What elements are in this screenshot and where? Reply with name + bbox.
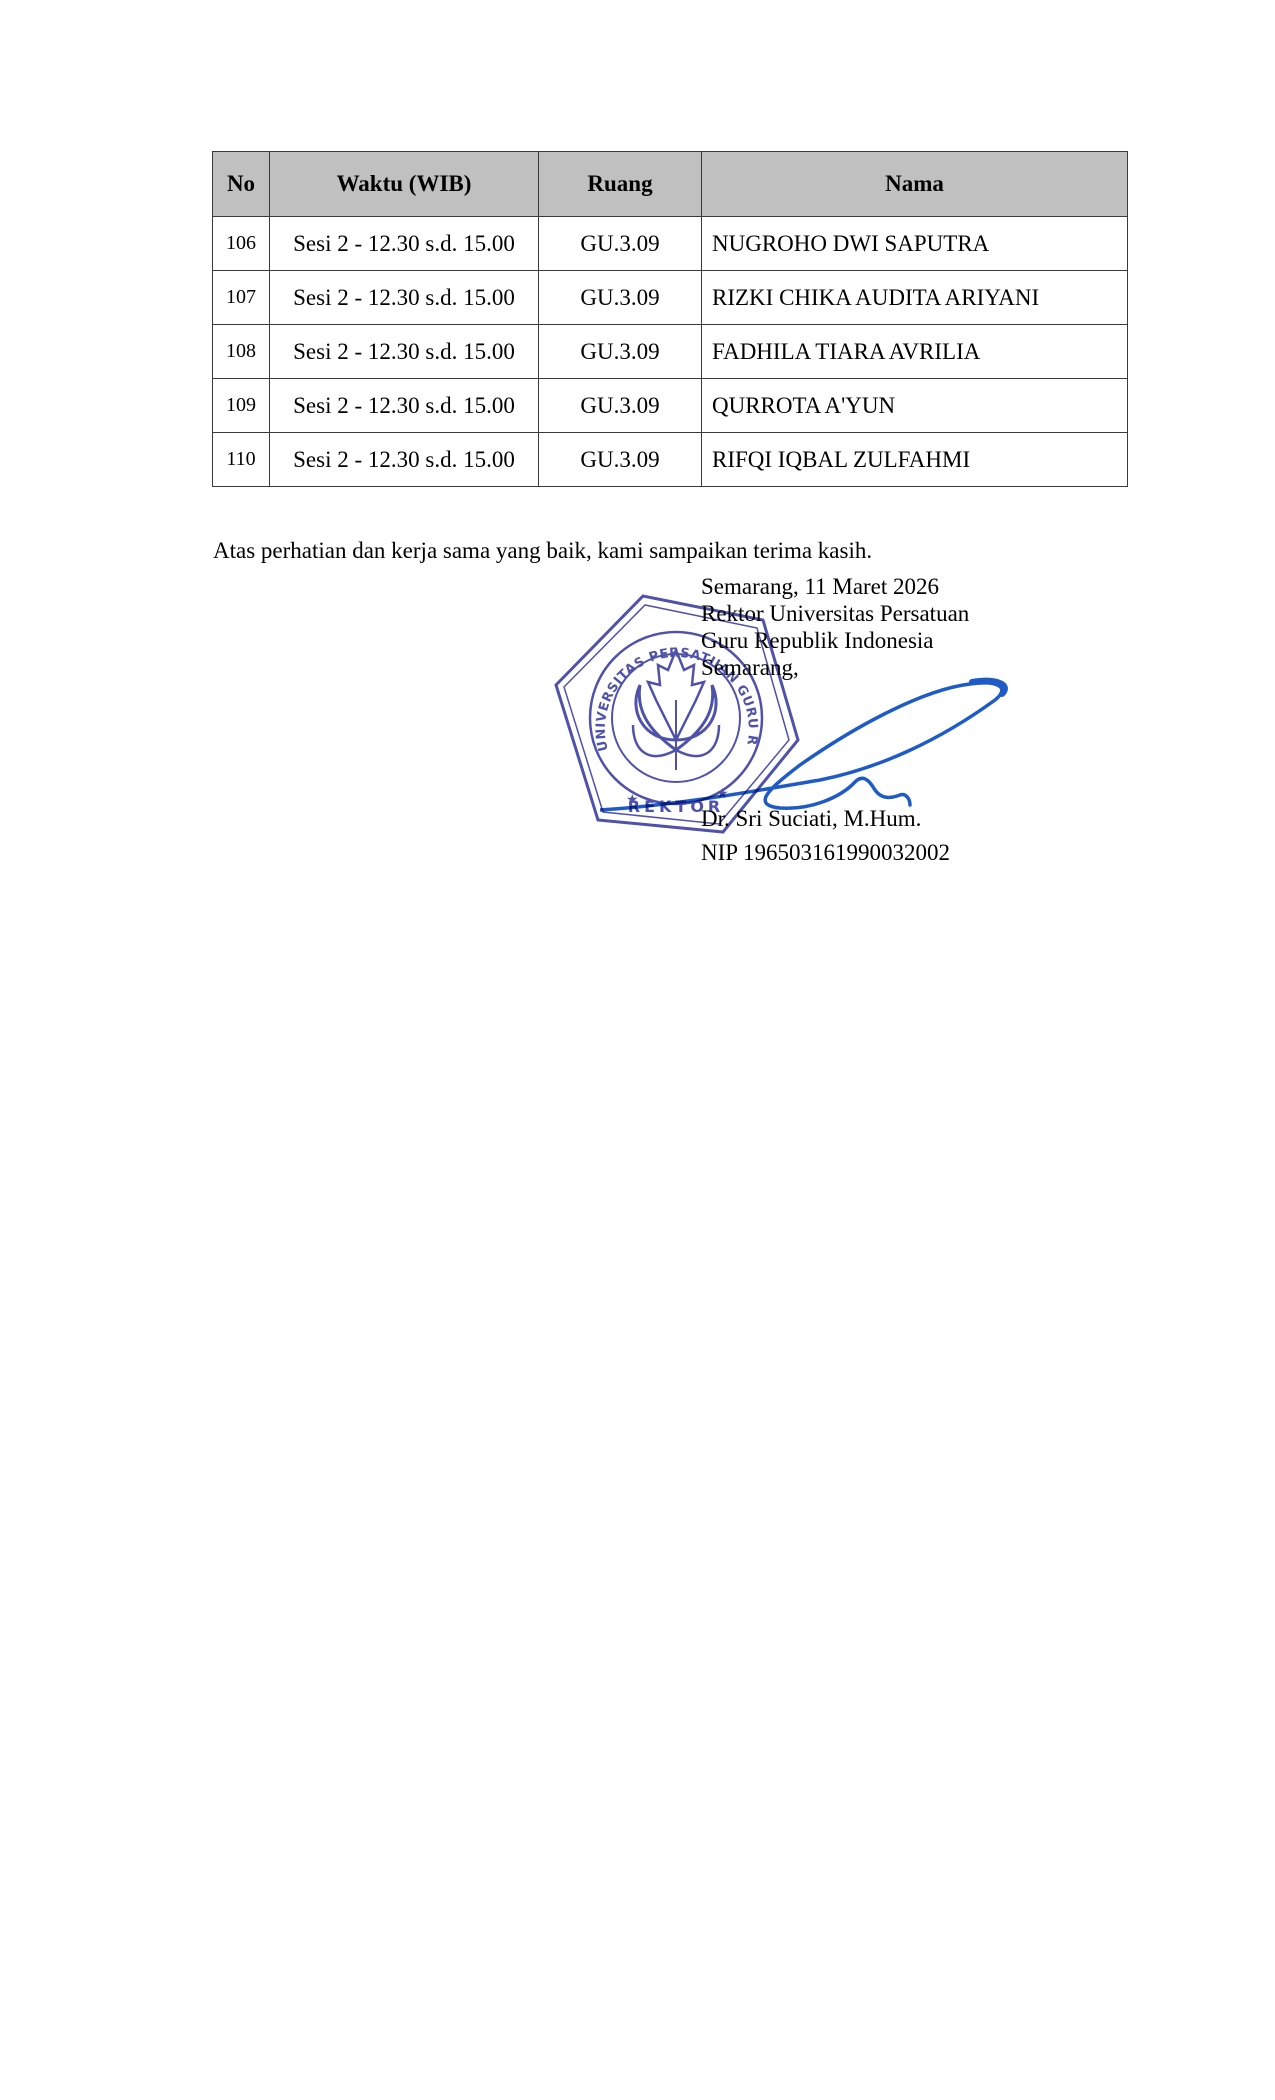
cell-ruang: GU.3.09 <box>539 433 702 487</box>
table-row: 107 Sesi 2 - 12.30 s.d. 15.00 GU.3.09 RI… <box>213 271 1128 325</box>
header-waktu: Waktu (WIB) <box>270 152 539 217</box>
cell-waktu: Sesi 2 - 12.30 s.d. 15.00 <box>270 379 539 433</box>
header-nama: Nama <box>702 152 1128 217</box>
cell-no: 108 <box>213 325 270 379</box>
cell-no: 110 <box>213 433 270 487</box>
cell-waktu: Sesi 2 - 12.30 s.d. 15.00 <box>270 217 539 271</box>
signer-nip: NIP 196503161990032002 <box>701 840 950 866</box>
header-ruang: Ruang <box>539 152 702 217</box>
cell-ruang: GU.3.09 <box>539 379 702 433</box>
cell-ruang: GU.3.09 <box>539 217 702 271</box>
cell-no: 107 <box>213 271 270 325</box>
cell-waktu: Sesi 2 - 12.30 s.d. 15.00 <box>270 433 539 487</box>
table-row: 106 Sesi 2 - 12.30 s.d. 15.00 GU.3.09 NU… <box>213 217 1128 271</box>
table-row: 108 Sesi 2 - 12.30 s.d. 15.00 GU.3.09 FA… <box>213 325 1128 379</box>
cell-waktu: Sesi 2 - 12.30 s.d. 15.00 <box>270 325 539 379</box>
table-header-row: No Waktu (WIB) Ruang Nama <box>213 152 1128 217</box>
handwritten-signature-icon <box>600 670 1020 820</box>
cell-nama: RIZKI CHIKA AUDITA ARIYANI <box>702 271 1128 325</box>
closing-paragraph: Atas perhatian dan kerja sama yang baik,… <box>213 538 872 564</box>
cell-nama: NUGROHO DWI SAPUTRA <box>702 217 1128 271</box>
cell-waktu: Sesi 2 - 12.30 s.d. 15.00 <box>270 271 539 325</box>
table-row: 109 Sesi 2 - 12.30 s.d. 15.00 GU.3.09 QU… <box>213 379 1128 433</box>
cell-nama: QURROTA A'YUN <box>702 379 1128 433</box>
cell-no: 106 <box>213 217 270 271</box>
cell-ruang: GU.3.09 <box>539 325 702 379</box>
cell-ruang: GU.3.09 <box>539 271 702 325</box>
table-row: 110 Sesi 2 - 12.30 s.d. 15.00 GU.3.09 RI… <box>213 433 1128 487</box>
cell-nama: FADHILA TIARA AVRILIA <box>702 325 1128 379</box>
cell-nama: RIFQI IQBAL ZULFAHMI <box>702 433 1128 487</box>
cell-no: 109 <box>213 379 270 433</box>
header-no: No <box>213 152 270 217</box>
schedule-table: No Waktu (WIB) Ruang Nama 106 Sesi 2 - 1… <box>212 151 1128 487</box>
